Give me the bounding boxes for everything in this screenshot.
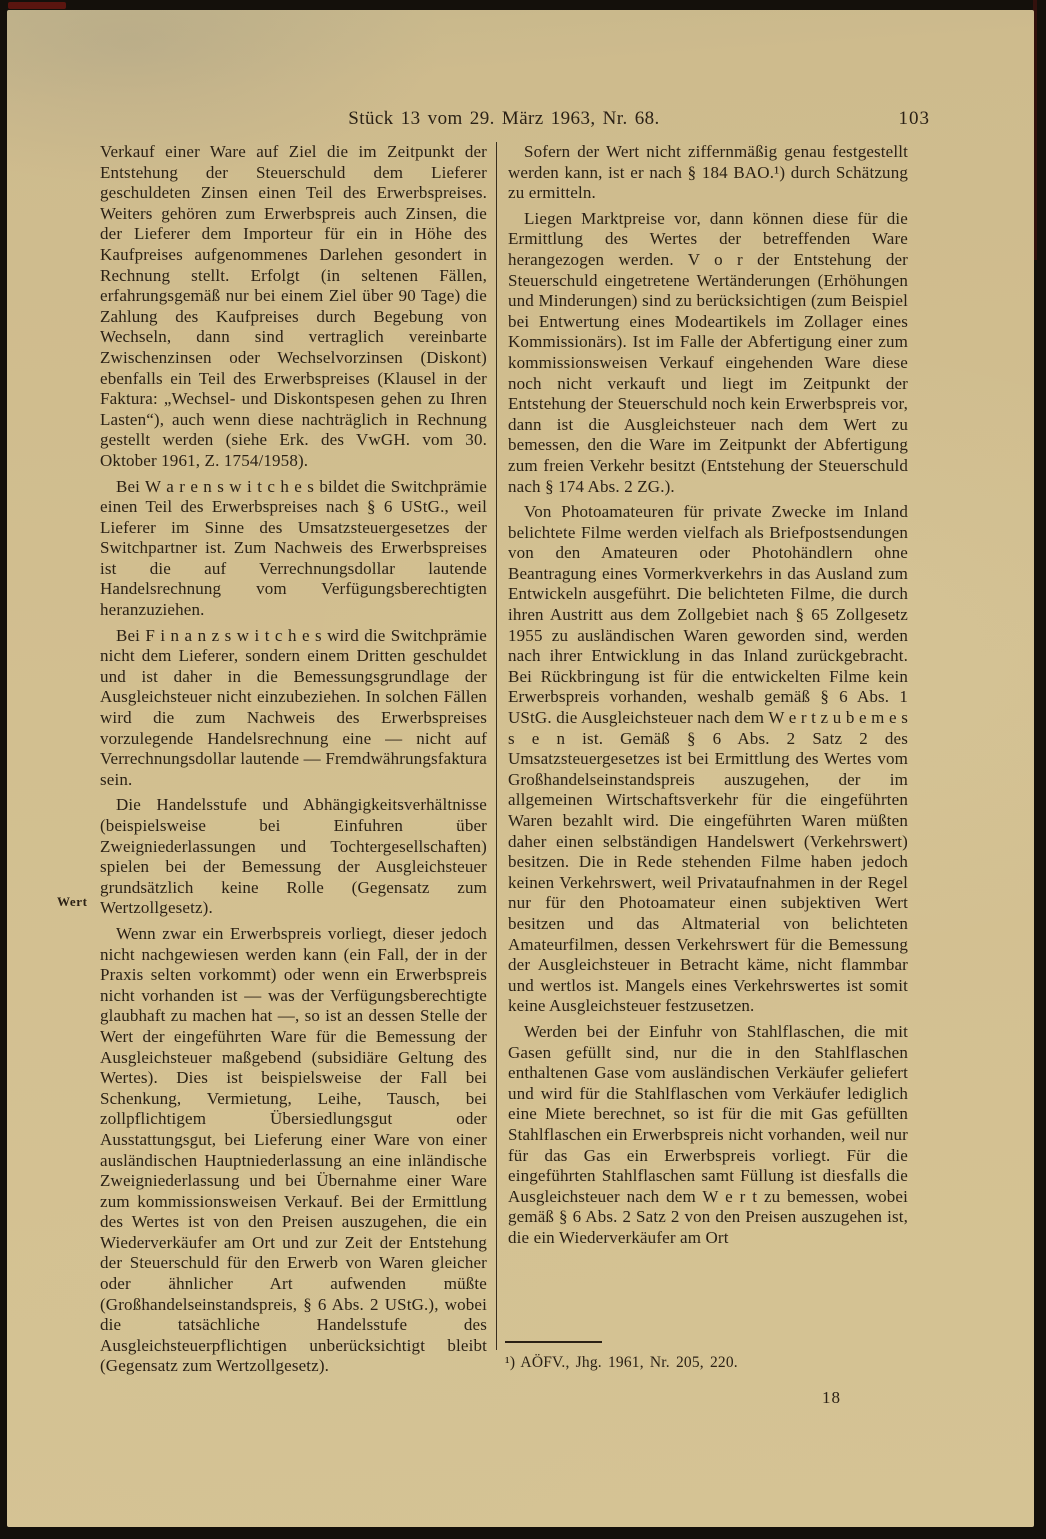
paragraph: Von Photoamateuren für private Zwecke im… bbox=[508, 502, 908, 1017]
footnote-divider bbox=[505, 1341, 602, 1343]
right-column: Sofern der Wert nicht ziffernmäßig genau… bbox=[508, 142, 908, 1253]
paragraph: Verkauf einer Ware auf Ziel die im Zeitp… bbox=[100, 142, 487, 472]
margin-note-wert: Wert bbox=[57, 894, 88, 910]
column-divider bbox=[496, 142, 497, 1350]
paragraph: Sofern der Wert nicht ziffernmäßig genau… bbox=[508, 142, 908, 204]
scan-frame: Stück 13 vom 29. März 1963, Nr. 68. 103 … bbox=[0, 0, 1046, 1539]
document-page: Stück 13 vom 29. März 1963, Nr. 68. 103 … bbox=[7, 10, 1034, 1527]
footnote-text: ¹) AÖFV., Jhg. 1961, Nr. 205, 220. bbox=[505, 1354, 909, 1372]
paragraph: Wenn zwar ein Erwerbspreis vorliegt, die… bbox=[100, 924, 487, 1377]
paragraph: Bei W a r e n s w i t c h e s bildet die… bbox=[100, 477, 487, 621]
page-header-title: Stück 13 vom 29. März 1963, Nr. 68. bbox=[100, 108, 908, 130]
scan-red-mark bbox=[8, 2, 66, 9]
left-column: Verkauf einer Ware auf Ziel die im Zeitp… bbox=[100, 142, 487, 1382]
paragraph: Die Handelsstufe und Abhängigkeitsverhäl… bbox=[100, 795, 487, 919]
paragraph: Liegen Marktpreise vor, dann können dies… bbox=[508, 209, 908, 497]
paragraph: Werden bei der Einfuhr von Stahlflaschen… bbox=[508, 1022, 908, 1249]
paragraph: Bei F i n a n z s w i t c h e s wird die… bbox=[100, 626, 487, 791]
footer-page-number: 18 bbox=[822, 1388, 841, 1408]
header-page-number: 103 bbox=[899, 108, 931, 130]
